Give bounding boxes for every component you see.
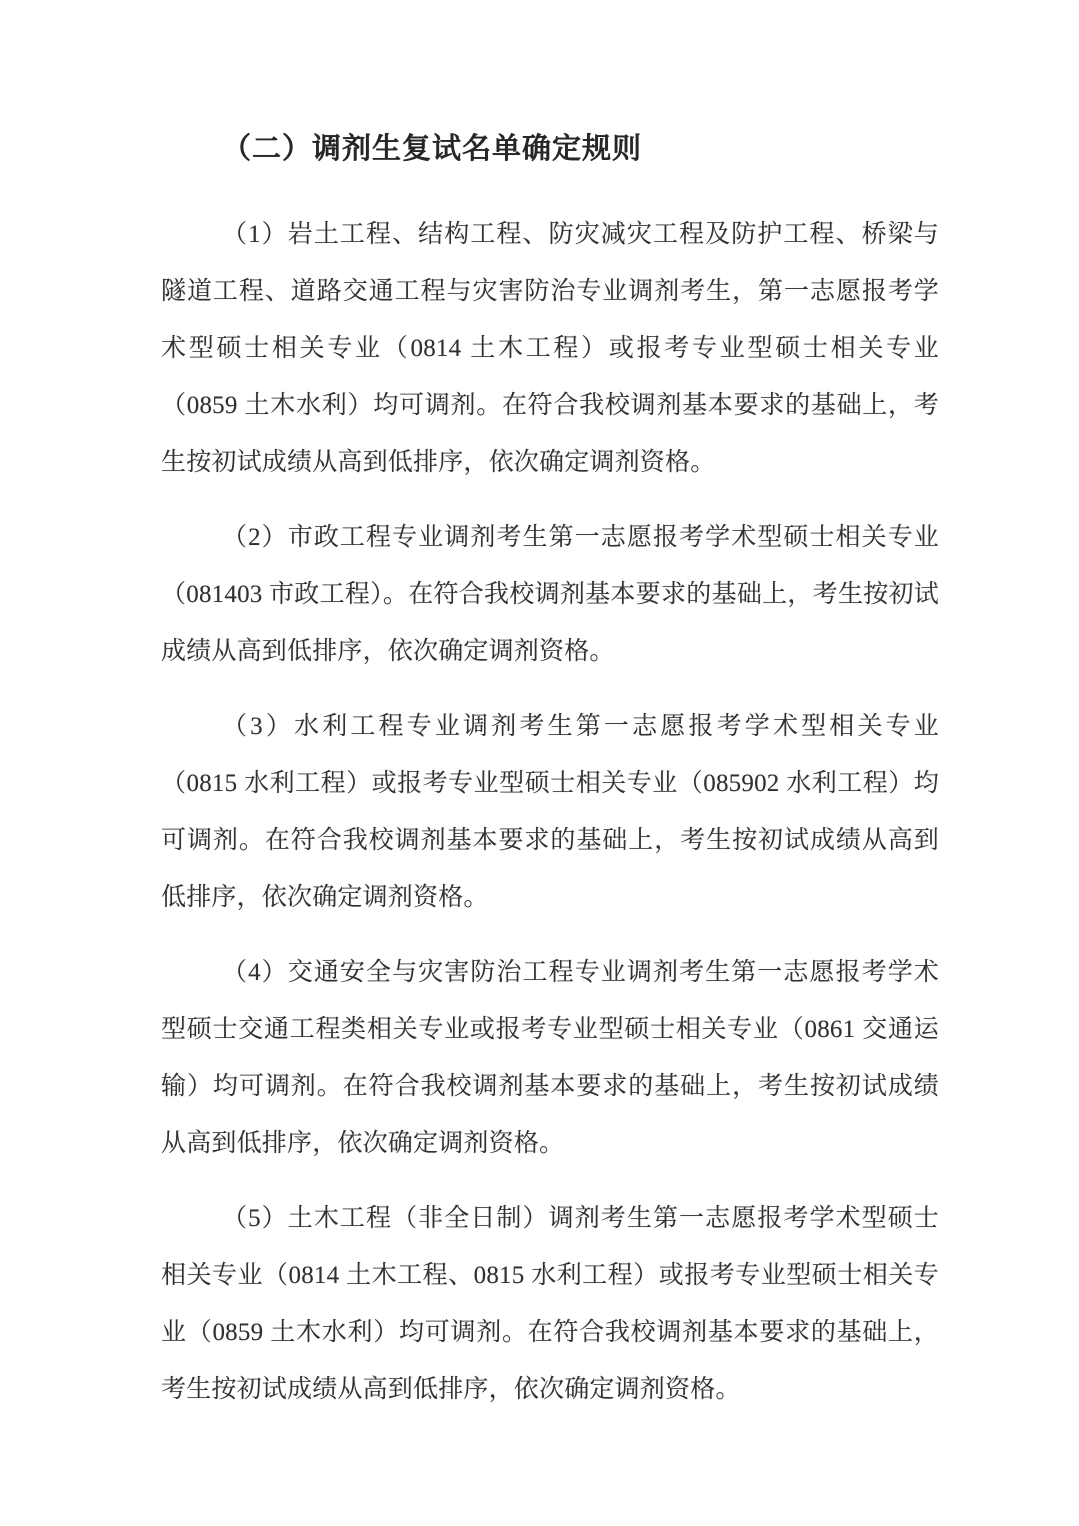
paragraph-rule-4: （4）交通安全与灾害防治工程专业调剂考生第一志愿报考学术型硕士交通工程类相关专业… bbox=[161, 944, 939, 1172]
paragraph-rule-1: （1）岩土工程、结构工程、防灾减灾工程及防护工程、桥梁与隧道工程、道路交通工程与… bbox=[161, 206, 939, 491]
paragraph-rule-5: （5）土木工程（非全日制）调剂考生第一志愿报考学术型硕士相关专业（0814 土木… bbox=[161, 1190, 939, 1418]
document-body: （二）调剂生复试名单确定规则 （1）岩土工程、结构工程、防灾减灾工程及防护工程、… bbox=[161, 128, 939, 1418]
section-heading: （二）调剂生复试名单确定规则 bbox=[161, 128, 939, 170]
document-page: （二）调剂生复试名单确定规则 （1）岩土工程、结构工程、防灾减灾工程及防护工程、… bbox=[0, 0, 1079, 1526]
paragraph-rule-2: （2）市政工程专业调剂考生第一志愿报考学术型硕士相关专业（081403 市政工程… bbox=[161, 509, 939, 680]
paragraph-rule-3: （3）水利工程专业调剂考生第一志愿报考学术型相关专业（0815 水利工程）或报考… bbox=[161, 698, 939, 926]
